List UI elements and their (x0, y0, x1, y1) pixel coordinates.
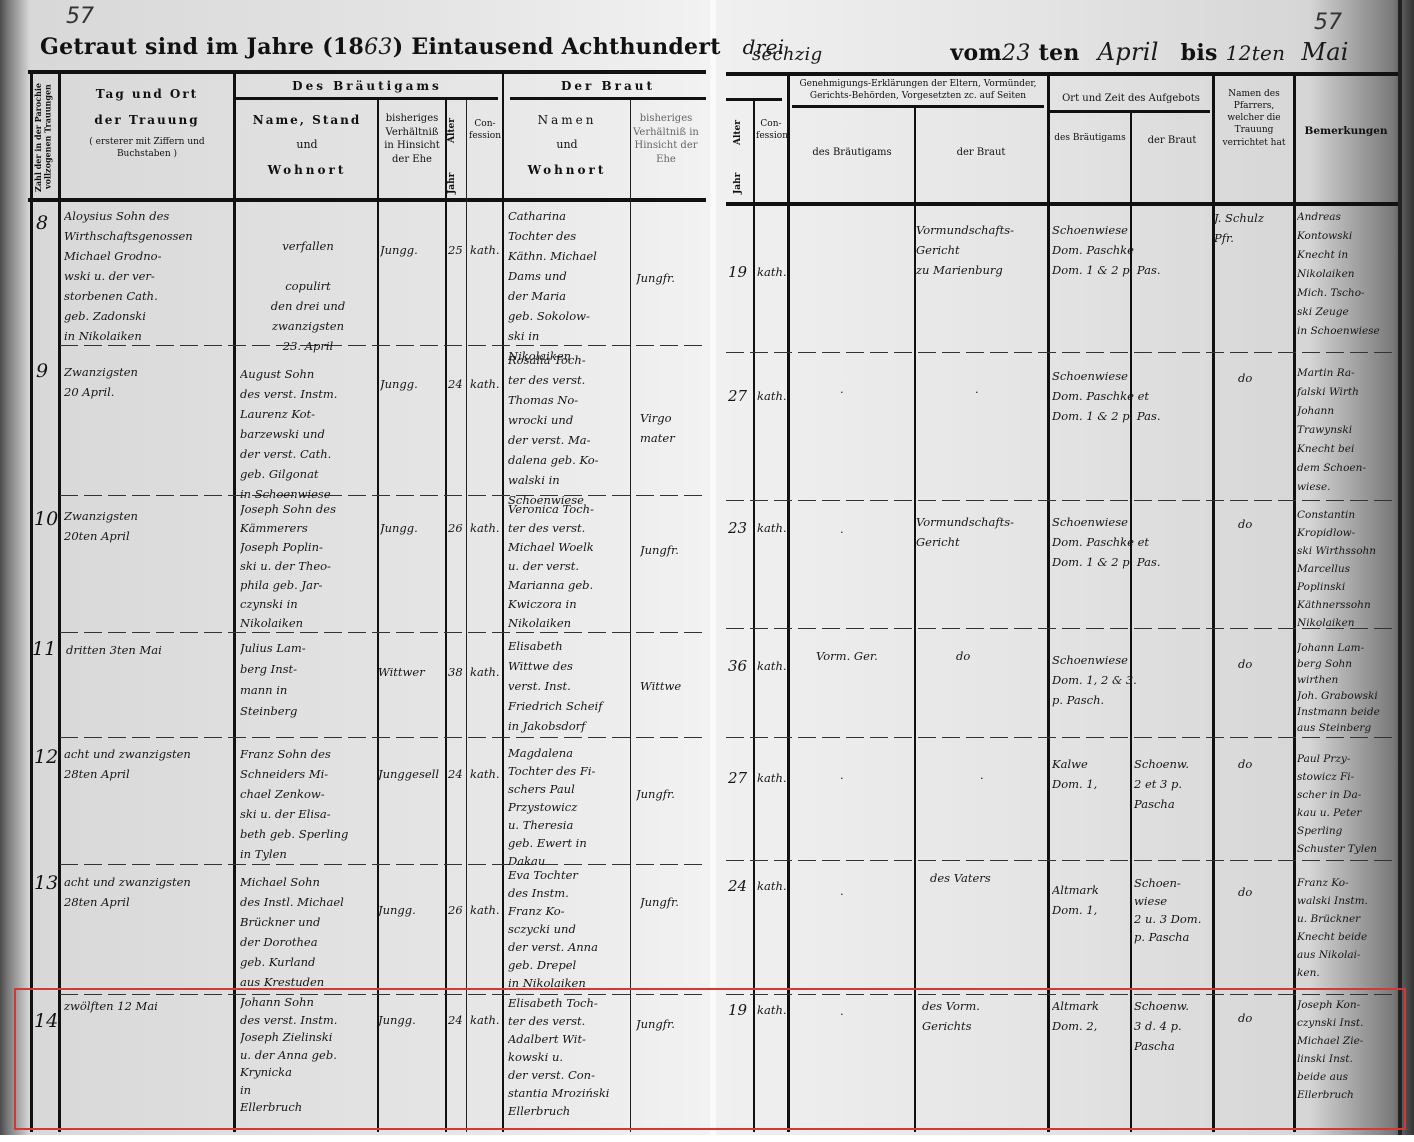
remarks-cell: Franz Ko- walski Instm. u. Brückner Knec… (1297, 874, 1397, 982)
header-groom-status: bisheriges Verhältniß in Hinsicht der Eh… (380, 112, 444, 166)
title-printed-prefix: Getraut sind im Jahre (18 (40, 34, 364, 60)
pastor-cell: do (1238, 882, 1278, 902)
entry-number: 10 (34, 508, 58, 530)
bride-age-cell: 19 (728, 1000, 752, 1020)
period-from-label: vom (950, 40, 1002, 66)
groom-name-cell: August Sohn des verst. Instm. Laurenz Ko… (240, 364, 376, 504)
bride-status-cell: Jungfr. (636, 1014, 702, 1034)
header-groom-name-3: Wohnort (238, 162, 376, 178)
header-groom-age-year: Jahr (447, 170, 465, 196)
header-date-place-note: ( ersterer mit Ziffern und Buchstaben ) (84, 136, 210, 160)
banns-bride-cell: Schoenw. 2 et 3 p. Pascha (1134, 754, 1212, 814)
pastor-cell: do (1238, 368, 1278, 388)
header-bride-name-1: Namen (505, 112, 629, 128)
consent-bride-cell: des Vorm. Gerichts (922, 996, 1046, 1036)
bride-age-cell: 36 (728, 656, 752, 676)
header-groom-confession: Con-fession (468, 118, 502, 142)
groom-status-cell: Jungg. (380, 374, 444, 394)
pastor-cell: do (1238, 514, 1278, 534)
header-bride-status: bisheriges Verhältniß in Hinsicht der Eh… (633, 112, 699, 166)
col-line (377, 100, 379, 1132)
banns-cell: Schoenwiese Dom. Paschke Dom. 1 & 2 p. P… (1052, 220, 1212, 280)
bride-confession-cell: kath. (757, 1000, 787, 1020)
bride-name-cell: Catharina Tochter des Käthn. Michael Dam… (508, 206, 630, 366)
bride-confession-cell: kath. (757, 768, 787, 788)
groom-status-cell: Jungg. (380, 240, 444, 260)
groom-group-rule (236, 97, 498, 100)
groom-confession-cell: kath. (470, 662, 502, 682)
header-banns-group: Ort und Zeit des Aufgebots (1050, 92, 1212, 106)
col-line (445, 100, 447, 1132)
groom-status-cell: Jungg. (380, 518, 444, 538)
header-bottom-rule-left (28, 198, 706, 202)
groom-name-cell: Michael Sohn des Instl. Michael Brückner… (240, 872, 376, 992)
groom-age-cell: 38 (448, 662, 466, 682)
col-line (466, 100, 467, 1132)
banns-bride-cell: Schoen- wiese 2 u. 3 Dom. p. Pascha (1134, 874, 1212, 946)
pastor-cell: J. Schulz Pfr. (1214, 208, 1292, 248)
header-bride-age: Alter (733, 112, 751, 152)
header-bride-name-3: Wohnort (505, 162, 629, 178)
entry-number: 8 (36, 212, 48, 234)
row-separator (726, 500, 1398, 501)
header-date-place-line2: der Trauung (64, 112, 230, 128)
remarks-cell: Joseph Kon- czynski Inst. Michael Zie- l… (1297, 996, 1397, 1104)
bride-confession-cell: kath. (757, 656, 787, 676)
consent-bride-cell: · (975, 382, 995, 402)
groom-status-cell: Jungg. (378, 900, 444, 920)
groom-confession-cell: kath. (470, 518, 502, 538)
register-title: Getraut sind im Jahre (1863) Eintausend … (40, 34, 784, 60)
header-top-rule-right (726, 72, 1402, 76)
header-bride-group: Der Braut (510, 78, 706, 94)
header-banns-groom: des Bräutigams (1052, 132, 1128, 144)
title-year-words-right: sechzig (752, 44, 822, 65)
col-line (753, 98, 755, 1132)
consent-groom-cell: · (840, 382, 860, 402)
row-separator (60, 737, 706, 738)
marriage-date-note: verfallen copulirt den drei und zwanzigs… (240, 236, 376, 356)
title-year-handwritten: 63 (364, 35, 393, 60)
banns-groom-cell: Altmark Dom. 2, (1052, 996, 1130, 1036)
register-period: sechzig vom23 ten April bis 12ten Mai (752, 38, 1349, 66)
page-edge (1398, 0, 1402, 1135)
bride-confession-cell: kath. (757, 518, 787, 538)
bride-age-cell: 27 (728, 768, 752, 788)
consent-bride-cell: des Vaters (930, 868, 1046, 888)
date-place-cell: acht und zwanzigsten 28ten April (64, 744, 232, 784)
bride-age-cell: 24 (728, 876, 752, 896)
col-line (30, 72, 33, 1132)
banns-groom-cell: Altmark Dom. 1, (1052, 880, 1130, 920)
remarks-cell: Constantin Kropidlow- ski Wirthssohn Mar… (1297, 506, 1397, 632)
date-place-cell: zwölften 12 Mai (64, 996, 232, 1016)
bride-name-cell: Eva Tochter des Instm. Franz Ko- sczycki… (508, 866, 630, 992)
consent-groom-cell: · (840, 884, 860, 904)
bride-name-cell: Elisabeth Toch- ter des verst. Adalbert … (508, 994, 636, 1120)
header-groom-age: Alter (447, 110, 465, 150)
groom-age-cell: 25 (448, 240, 466, 260)
period-from-suffix: ten (1039, 40, 1080, 66)
entry-number: 9 (36, 360, 48, 382)
date-place-cell: Zwanzigsten 20 April. (64, 362, 232, 402)
bride-name-cell: Elisabeth Wittwe des verst. Inst. Friedr… (508, 636, 630, 736)
period-to-label: bis (1181, 40, 1218, 66)
bride-status-cell: Jungfr. (640, 892, 702, 912)
groom-name-cell: Joseph Sohn des Kämmerers Joseph Poplin-… (240, 500, 376, 633)
consent-groom-cell: · (840, 1004, 860, 1024)
consent-group-rule (792, 105, 1044, 108)
bride-status-cell: Jungfr. (636, 268, 702, 288)
groom-confession-cell: kath. (470, 1010, 502, 1030)
entry-number: 13 (34, 872, 58, 894)
header-bride-confession: Con-fession (756, 118, 786, 142)
groom-name-cell: Franz Sohn des Schneiders Mi- chael Zenk… (240, 744, 376, 864)
remarks-cell: Andreas Kontowski Knecht in Nikolaiken M… (1297, 208, 1397, 341)
consent-groom-cell: · (840, 522, 860, 542)
consent-groom-cell: · (840, 768, 860, 788)
remarks-cell: Martin Ra- falski Wirth Johann Trawynski… (1297, 364, 1397, 497)
row-separator (726, 994, 1398, 995)
groom-name-cell: Johann Sohn des verst. Instm. Joseph Zie… (240, 994, 376, 1117)
col-line (502, 72, 504, 1132)
entry-number: 11. (32, 638, 62, 660)
header-date-place-line1: Tag und Ort (64, 86, 230, 102)
banns-cell: Schoenwiese Dom. Paschke et Dom. 1 & 2 p… (1052, 512, 1212, 572)
date-place-cell: acht und zwanzigsten 28ten April (64, 872, 232, 912)
header-bride-age-year: Jahr (733, 170, 751, 196)
header-banns-bride: der Braut (1132, 134, 1212, 148)
groom-name-cell: Aloysius Sohn des Wirthschaftsgenossen M… (64, 206, 232, 346)
header-top-rule-left (28, 70, 706, 74)
col-line (787, 72, 790, 1132)
date-place-cell: Zwanzigsten 20ten April (64, 506, 232, 546)
row-separator (726, 860, 1398, 861)
header-groom-group: Des Bräutigams (236, 78, 498, 94)
header-pastor: Namen des Pfarrers, welcher die Trauung … (1215, 88, 1293, 149)
page-gutter (710, 0, 716, 1135)
header-entry-number: Zahl der in der Parochie vollzogenen Tra… (34, 78, 56, 196)
banns-cell: Schoenwiese Dom. Paschke et Dom. 1 & 2 p… (1052, 366, 1212, 426)
bride-age-cell: 27 (728, 386, 752, 406)
pastor-cell: do (1238, 654, 1278, 674)
page-number-right: 57 (1314, 10, 1342, 35)
header-consent-groom: des Bräutigams (790, 146, 914, 160)
bride-name-cell: Rosalia Toch- ter des verst. Thomas No- … (508, 350, 630, 510)
pastor-cell: do (1238, 754, 1278, 774)
col-line (1293, 72, 1296, 1132)
groom-status-cell: Jungg. (378, 1010, 444, 1030)
pastor-cell: do (1238, 1008, 1278, 1028)
bride-age-cell: 19 (728, 262, 752, 282)
consent-bride-cell: do (956, 646, 996, 666)
col-line (233, 72, 236, 1132)
groom-name-cell: Julius Lam- berg Inst- mann in Steinberg (240, 638, 376, 722)
title-printed-mid: ) Eintausend Achthundert (393, 34, 721, 60)
consent-bride-cell: · (980, 768, 1000, 788)
groom-confession-cell: kath. (470, 240, 502, 260)
header-remarks: Bemerkungen (1296, 124, 1396, 138)
banns-cell: Schoenwiese Dom. 1, 2 & 3. p. Pasch. (1052, 650, 1212, 710)
col-line (630, 100, 631, 1132)
consent-bride-cell: Vormundschafts- Gericht zu Marienburg (916, 220, 1046, 280)
header-groom-name-2: und (238, 138, 376, 153)
col-line (58, 72, 61, 1132)
bride-confession-cell: kath. (757, 876, 787, 896)
remarks-cell: Johann Lam- berg Sohn wirthen Joh. Grabo… (1297, 640, 1397, 736)
bride-status-cell: Jungfr. (640, 540, 702, 560)
page-number-left: 57 (66, 4, 94, 29)
header-consent-bride: der Braut (916, 146, 1046, 160)
period-from-month: April (1098, 38, 1159, 66)
groom-age-cell: 26 (448, 900, 466, 920)
row-separator (726, 737, 1398, 738)
consent-groom-cell: Vorm. Ger. (816, 646, 912, 666)
bride-confession-cell: kath. (757, 262, 787, 282)
groom-confession-cell: kath. (470, 900, 502, 920)
groom-age-cell: 24 (448, 374, 466, 394)
groom-confession-cell: kath. (470, 764, 502, 784)
header-bottom-rule-right (726, 202, 1402, 206)
row-separator (726, 352, 1398, 353)
groom-status-cell: Wittwer (378, 662, 444, 682)
period-to-day: 12ten (1226, 41, 1286, 65)
date-place-cell: dritten 3ten Mai (66, 640, 234, 660)
bride-confession-cell: kath. (757, 386, 787, 406)
period-from-day: 23 (1002, 41, 1031, 66)
header-bride-name-2: und (505, 138, 629, 153)
banns-bride-cell: Schoenw. 3 d. 4 p. Pascha (1134, 996, 1212, 1056)
groom-age-cell: 24 (448, 1010, 466, 1030)
banns-groom-cell: Kalwe Dom. 1, (1052, 754, 1130, 794)
bride-status-cell: Virgo mater (640, 408, 702, 448)
remarks-cell: Paul Przy- stowicz Fi- scher in Da- kau … (1297, 750, 1397, 858)
bride-status-cell: Jungfr. (636, 784, 702, 804)
groom-status-cell: Junggesell (378, 764, 444, 784)
groom-confession-cell: kath. (470, 374, 502, 394)
consent-bride-cell: Vormundschafts- Gericht (916, 512, 1046, 552)
bride-age-cell: 23 (728, 518, 752, 538)
groom-age-cell: 26 (448, 518, 466, 538)
groom-age-cell: 24 (448, 764, 466, 784)
bride-status-cell: Wittwe (640, 676, 702, 696)
entry-number: 14 (34, 1010, 58, 1032)
header-groom-name-1: Name, Stand (238, 112, 376, 128)
bride-group-rule (510, 97, 706, 100)
period-to-month: Mai (1301, 38, 1348, 66)
entry-number: 12 (34, 746, 58, 768)
header-consent-group: Genehmigungs-Erklärungen der Eltern, Vor… (790, 78, 1046, 102)
bride-name-cell: Magdalena Tochter des Fi- schers Paul Pr… (508, 744, 630, 870)
col-line (1047, 72, 1050, 1132)
bride-name-cell: Veronica Toch- ter des verst. Michael Wo… (508, 500, 630, 633)
